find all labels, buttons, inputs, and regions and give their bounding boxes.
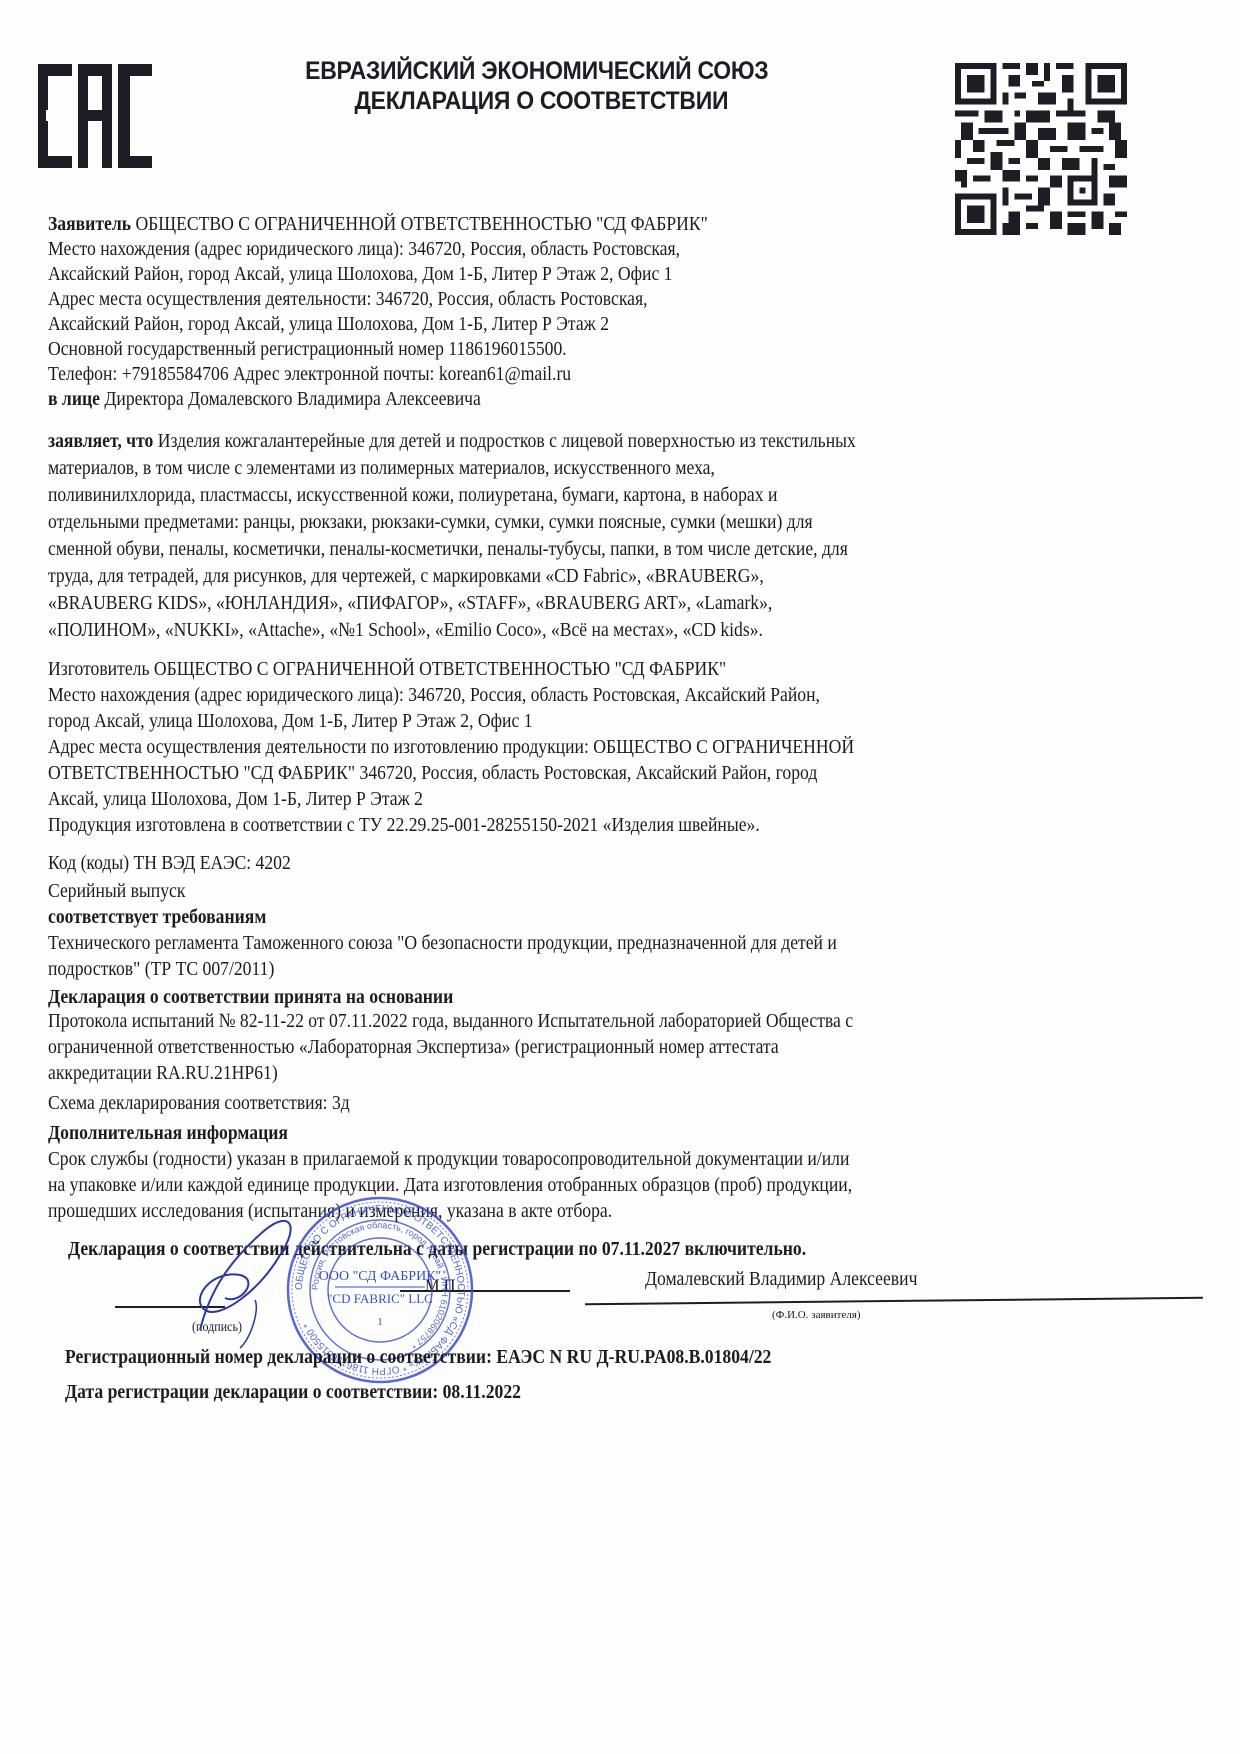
registration-date: Дата регистрации декларации о соответств… — [65, 1381, 521, 1404]
applicant-activity-address-1: Адрес места осуществления деятельности: … — [48, 288, 647, 311]
applicant-representative: в лице Директора Домалевского Владимира … — [48, 388, 481, 411]
manufacturer-name: Изготовитель ОБЩЕСТВО С ОГРАНИЧЕННОЙ ОТВ… — [48, 658, 726, 681]
applicant-label: Заявитель — [48, 213, 131, 235]
additional-text: Срок службы (годности) указан в прилагае… — [48, 1148, 849, 1171]
applicant-activity-address-2: Аксайский Район, город Аксай, улица Шоло… — [48, 313, 609, 336]
hs-code: Код (коды) ТН ВЭД ЕАЭС: 4202 — [48, 852, 291, 875]
declaration-text: сменной обуви, пеналы, косметички, пенал… — [48, 538, 848, 561]
basis-heading: Декларация о соответствии принята на осн… — [48, 986, 453, 1009]
manufacturer-production-address: Аксай, улица Шолохова, Дом 1-Б, Литер Р … — [48, 788, 423, 811]
manufacturer-production-address: Адрес места осуществления деятельности п… — [48, 736, 854, 759]
applicant-legal-address-2: Аксайский Район, город Аксай, улица Шоло… — [48, 263, 673, 286]
release-type: Серийный выпуск — [48, 880, 185, 903]
declaration-text: Изделия кожгалантерейные для детей и под… — [158, 430, 856, 452]
declaration-line: заявляет, что Изделия кожгалантерейные д… — [48, 430, 856, 453]
compliance-text: Технического регламента Таможенного союз… — [48, 932, 837, 955]
represented-by: Директора Домалевского Владимира Алексее… — [104, 388, 481, 410]
compliance-heading: соответствует требованиям — [48, 906, 266, 929]
qr-code-icon — [955, 63, 1127, 235]
manufacturer-address: Место нахождения (адрес юридического лиц… — [48, 684, 820, 707]
applicant-contacts: Телефон: +79185584706 Адрес электронной … — [48, 363, 571, 386]
eac-logo — [38, 64, 152, 168]
basis-text: Протокола испытаний № 82-11-22 от 07.11.… — [48, 1010, 853, 1033]
declaration-text: труда, для тетрадей, для рисунков, для ч… — [48, 565, 764, 588]
eac-mark-icon — [38, 64, 152, 168]
name-line — [585, 1297, 1203, 1305]
represented-label: в лице — [48, 388, 100, 410]
additional-text: на упаковке и/или каждой единице продукц… — [48, 1174, 852, 1197]
basis-text: ограниченной ответственностью «Лаборатор… — [48, 1036, 779, 1059]
document-header: ЕВРАЗИЙСКИЙ ЭКОНОМИЧЕСКИЙ СОЮЗ ДЕКЛАРАЦИ… — [270, 56, 804, 116]
declaration-scheme: Схема декларирования соответствия: 3д — [48, 1092, 350, 1115]
applicant-legal-address-1: Место нахождения (адрес юридического лиц… — [48, 238, 680, 261]
manufacturing-standard: Продукция изготовлена в соответствии с Т… — [48, 814, 760, 837]
document-title: ДЕКЛАРАЦИЯ О СООТВЕТСТВИИ — [270, 86, 804, 116]
declaration-page: ЕВРАЗИЙСКИЙ ЭКОНОМИЧЕСКИЙ СОЮЗ ДЕКЛАРАЦИ… — [0, 0, 1240, 1754]
signatory-name: Домалевский Владимир Алексеевич — [645, 1268, 917, 1291]
declaration-text: отдельными предметами: ранцы, рюкзаки, р… — [48, 511, 813, 534]
registration-number: Регистрационный номер декларации о соотв… — [65, 1346, 771, 1369]
stamp-number: 1 — [377, 1316, 383, 1328]
manufacturer-production-address: ОТВЕТСТВЕННОСТЬЮ "СД ФАБРИК" 346720, Рос… — [48, 762, 817, 785]
applicant-line: Заявитель ОБЩЕСТВО С ОГРАНИЧЕННОЙ ОТВЕТС… — [48, 213, 708, 236]
applicant-ogrn: Основной государственный регистрационный… — [48, 338, 567, 361]
declares-label: заявляет, что — [48, 430, 153, 452]
union-title: ЕВРАЗИЙСКИЙ ЭКОНОМИЧЕСКИЙ СОЮЗ — [270, 56, 804, 86]
stamp-name-ru: ООО "СД ФАБРИК" — [319, 1269, 442, 1284]
stamp-name-en: "CD FABRIC" LLC — [327, 1291, 433, 1306]
name-caption: (Ф.И.О. заявителя) — [772, 1309, 861, 1321]
compliance-text: подростков" (ТР ТС 007/2011) — [48, 958, 274, 981]
declaration-text: поливинилхлорида, пластмассы, искусствен… — [48, 484, 777, 507]
applicant-name: ОБЩЕСТВО С ОГРАНИЧЕННОЙ ОТВЕТСТВЕННОСТЬЮ… — [135, 213, 707, 235]
manufacturer-address: город Аксай, улица Шолохова, Дом 1-Б, Ли… — [48, 710, 533, 733]
additional-heading: Дополнительная информация — [48, 1122, 288, 1145]
declaration-text: материалов, в том числе с элементами из … — [48, 457, 715, 480]
declaration-text: «BRAUBERG KIDS», «ЮНЛАНДИЯ», «ПИФАГОР», … — [48, 592, 772, 615]
declaration-text: «ПОЛИНОМ», «NUKKI», «Attache», «№1 Schoo… — [48, 619, 763, 642]
basis-text: аккредитации RA.RU.21НР61) — [48, 1062, 278, 1085]
